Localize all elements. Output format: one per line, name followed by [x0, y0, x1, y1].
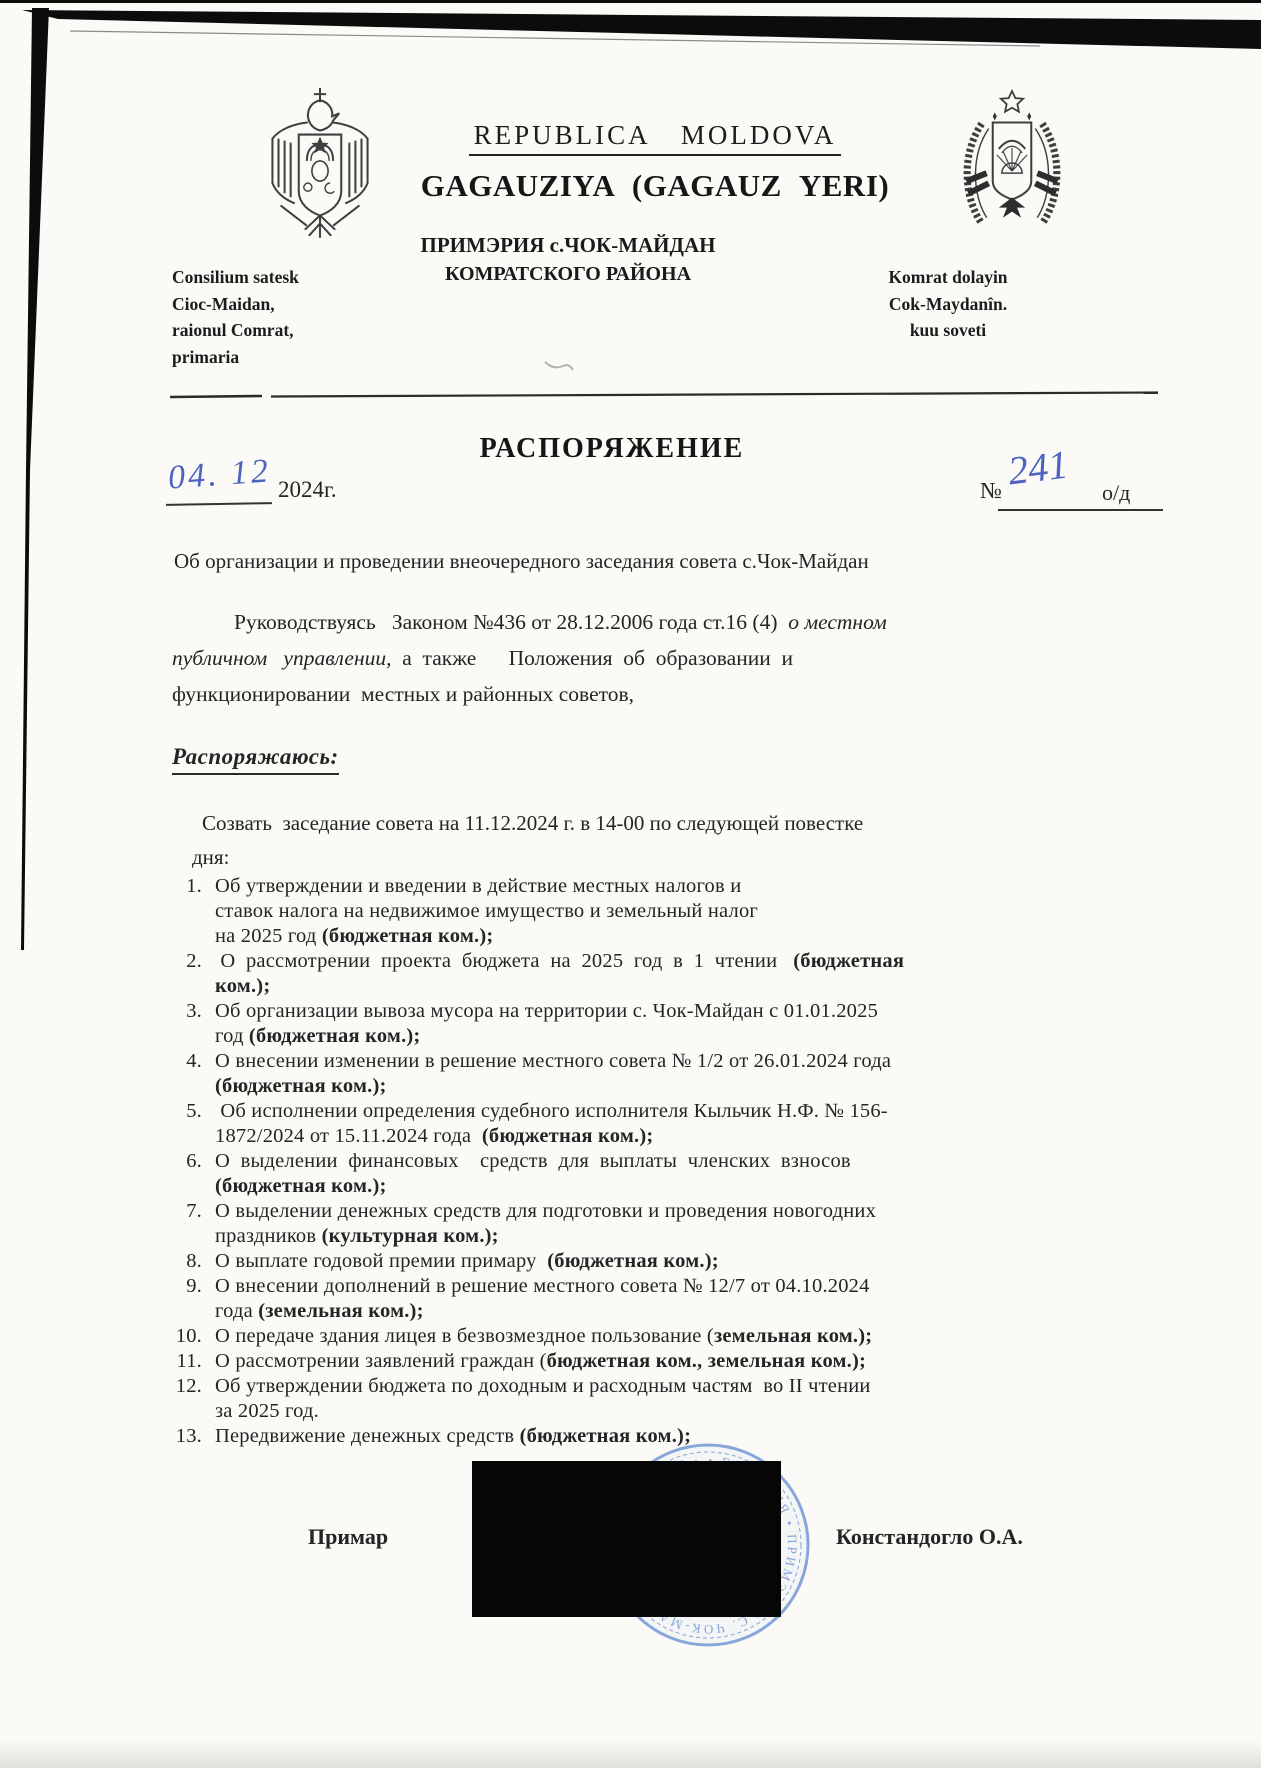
agenda-committee: (бюджетная ком.);: [249, 1025, 421, 1047]
agenda-item: 12.Об утверждении бюджета по доходным и …: [172, 1374, 1084, 1424]
signer-name: Констандогло О.А.: [836, 1524, 1023, 1550]
agenda-item-number: 10.: [172, 1324, 202, 1349]
agenda-item-number: 12.: [172, 1374, 202, 1399]
number-underline: [998, 509, 1163, 511]
agenda-item: 7.О выделении денежных средств для подго…: [172, 1199, 1084, 1249]
agenda-committee: (культурная ком.);: [322, 1225, 499, 1247]
agenda-committee: (бюджетная ком.);: [520, 1425, 692, 1447]
agenda-item: 4.О внесении изменении в решение местног…: [172, 1049, 1084, 1099]
agenda-text: Об утверждении бюджета по доходным и рас…: [215, 1375, 871, 1422]
agenda-item-number: 8.: [172, 1249, 202, 1274]
scanned-document-page: REPUBLICA MOLDOVA GAGAUZIYA (GAGAUZ YERI…: [0, 0, 1261, 1768]
agenda-item-text: Передвижение денежных средств (бюджетная…: [215, 1424, 1084, 1449]
agenda-item-text: О выделении денежных средств для подгото…: [215, 1199, 1084, 1249]
agenda-text: О выделении денежных средств для подгото…: [215, 1200, 876, 1247]
agenda-item: 9.О внесении дополнений в решение местно…: [172, 1274, 1084, 1324]
agenda-item-text: О выплате годовой премии примару (бюджет…: [215, 1249, 1084, 1274]
agenda-item: 6.О выделении финансовых средств для вып…: [172, 1149, 1084, 1199]
agenda-item-text: О внесении изменении в решение местного …: [215, 1049, 1084, 1099]
agenda-text: О выделении финансовых средств для выпла…: [215, 1150, 851, 1172]
agenda-text: О рассмотрении заявлений граждан (: [215, 1350, 547, 1372]
agenda-item: 10.О передаче здания лицея в безвозмездн…: [172, 1324, 1084, 1349]
agenda-item-text: О рассмотрении заявлений граждан (бюджет…: [215, 1349, 1084, 1374]
agenda-item-number: 1.: [172, 874, 202, 899]
agenda-item: 1.Об утверждении и введении в действие м…: [172, 874, 1084, 949]
agenda-item-text: Об утверждении и введении в действие мес…: [215, 874, 1084, 949]
agenda-item-number: 2.: [172, 949, 202, 974]
agenda-text: О выплате годовой премии примару: [215, 1250, 547, 1272]
agenda-committee: земельная ком.);: [714, 1325, 872, 1347]
number-suffix: о/д: [1102, 480, 1130, 506]
agenda-item-text: О рассмотрении проекта бюджета на 2025 г…: [215, 949, 1084, 999]
agenda-item-number: 4.: [172, 1049, 202, 1074]
signer-role-label: Примар: [308, 1524, 388, 1550]
year-label: 2024г.: [278, 477, 337, 503]
agenda-committee: (бюджетная ком.);: [482, 1125, 654, 1147]
agenda-item: 13.Передвижение денежных средств (бюджет…: [172, 1424, 1084, 1449]
agenda-item-number: 13.: [172, 1424, 202, 1449]
agenda-item-text: Об исполнении определения судебного испо…: [215, 1099, 1084, 1149]
preamble-regular: Руководствуясь Законом №436 от 28.12.200…: [234, 610, 788, 634]
agenda-list: 1.Об утверждении и введении в действие м…: [172, 874, 1084, 1449]
handwritten-date: 04. 12: [167, 452, 272, 497]
order-heading: Распоряжаюсь:: [172, 744, 339, 775]
agenda-item-text: Об организации вывоза мусора на территор…: [215, 999, 1084, 1049]
agenda-committee: (земельная ком.);: [258, 1300, 423, 1322]
agenda-item: 11.О рассмотрении заявлений граждан (бюд…: [172, 1349, 1084, 1374]
agenda-committee: (бюджетная ком.);: [547, 1250, 719, 1272]
handwritten-number: 241: [1005, 441, 1070, 495]
agenda-committee: (бюджетная ком.);: [215, 1175, 387, 1197]
agenda-item-text: О передаче здания лицея в безвозмездное …: [215, 1324, 1084, 1349]
agenda-text: Передвижение денежных средств: [215, 1425, 520, 1447]
header-divider-line: [0, 0, 1261, 410]
agenda-item-number: 11.: [172, 1349, 202, 1374]
date-underline: [166, 502, 272, 506]
scan-bottom-shadow: [0, 1740, 1261, 1768]
agenda-text: О рассмотрении проекта бюджета на 2025 г…: [215, 950, 793, 972]
convocation-paragraph: Созвать заседание совета на 11.12.2024 г…: [192, 806, 1064, 874]
agenda-committee: (бюджетная ком.);: [322, 925, 494, 947]
agenda-item: 8.О выплате годовой премии примару (бюдж…: [172, 1249, 1084, 1274]
number-sign: №: [980, 478, 1002, 504]
agenda-item-number: 6.: [172, 1149, 202, 1174]
agenda-committee: бюджетная ком., земельная ком.);: [547, 1350, 866, 1372]
agenda-item-text: Об утверждении бюджета по доходным и рас…: [215, 1374, 1084, 1424]
agenda-item-number: 3.: [172, 999, 202, 1024]
agenda-item: 5. Об исполнении определения судебного и…: [172, 1099, 1084, 1149]
agenda-item-number: 7.: [172, 1199, 202, 1224]
preamble-paragraph: Руководствуясь Законом №436 от 28.12.200…: [172, 604, 1067, 712]
agenda-item-number: 5.: [172, 1099, 202, 1124]
agenda-item: 2. О рассмотрении проекта бюджета на 202…: [172, 949, 1084, 999]
agenda-item-text: О выделении финансовых средств для выпла…: [215, 1149, 1084, 1199]
agenda-item-text: О внесении дополнений в решение местного…: [215, 1274, 1084, 1324]
subject-line: Об организации и проведении внеочередног…: [174, 549, 1074, 574]
agenda-item: 3.Об организации вывоза мусора на террит…: [172, 999, 1084, 1049]
agenda-committee: (бюджетная ком.);: [215, 1075, 387, 1097]
agenda-text: О внесении изменении в решение местного …: [215, 1050, 891, 1072]
agenda-item-number: 9.: [172, 1274, 202, 1299]
document-title: РАСПОРЯЖЕНИЕ: [172, 433, 1052, 465]
agenda-text: О передаче здания лицея в безвозмездное …: [215, 1325, 714, 1347]
signature-redaction-box: [472, 1461, 781, 1617]
